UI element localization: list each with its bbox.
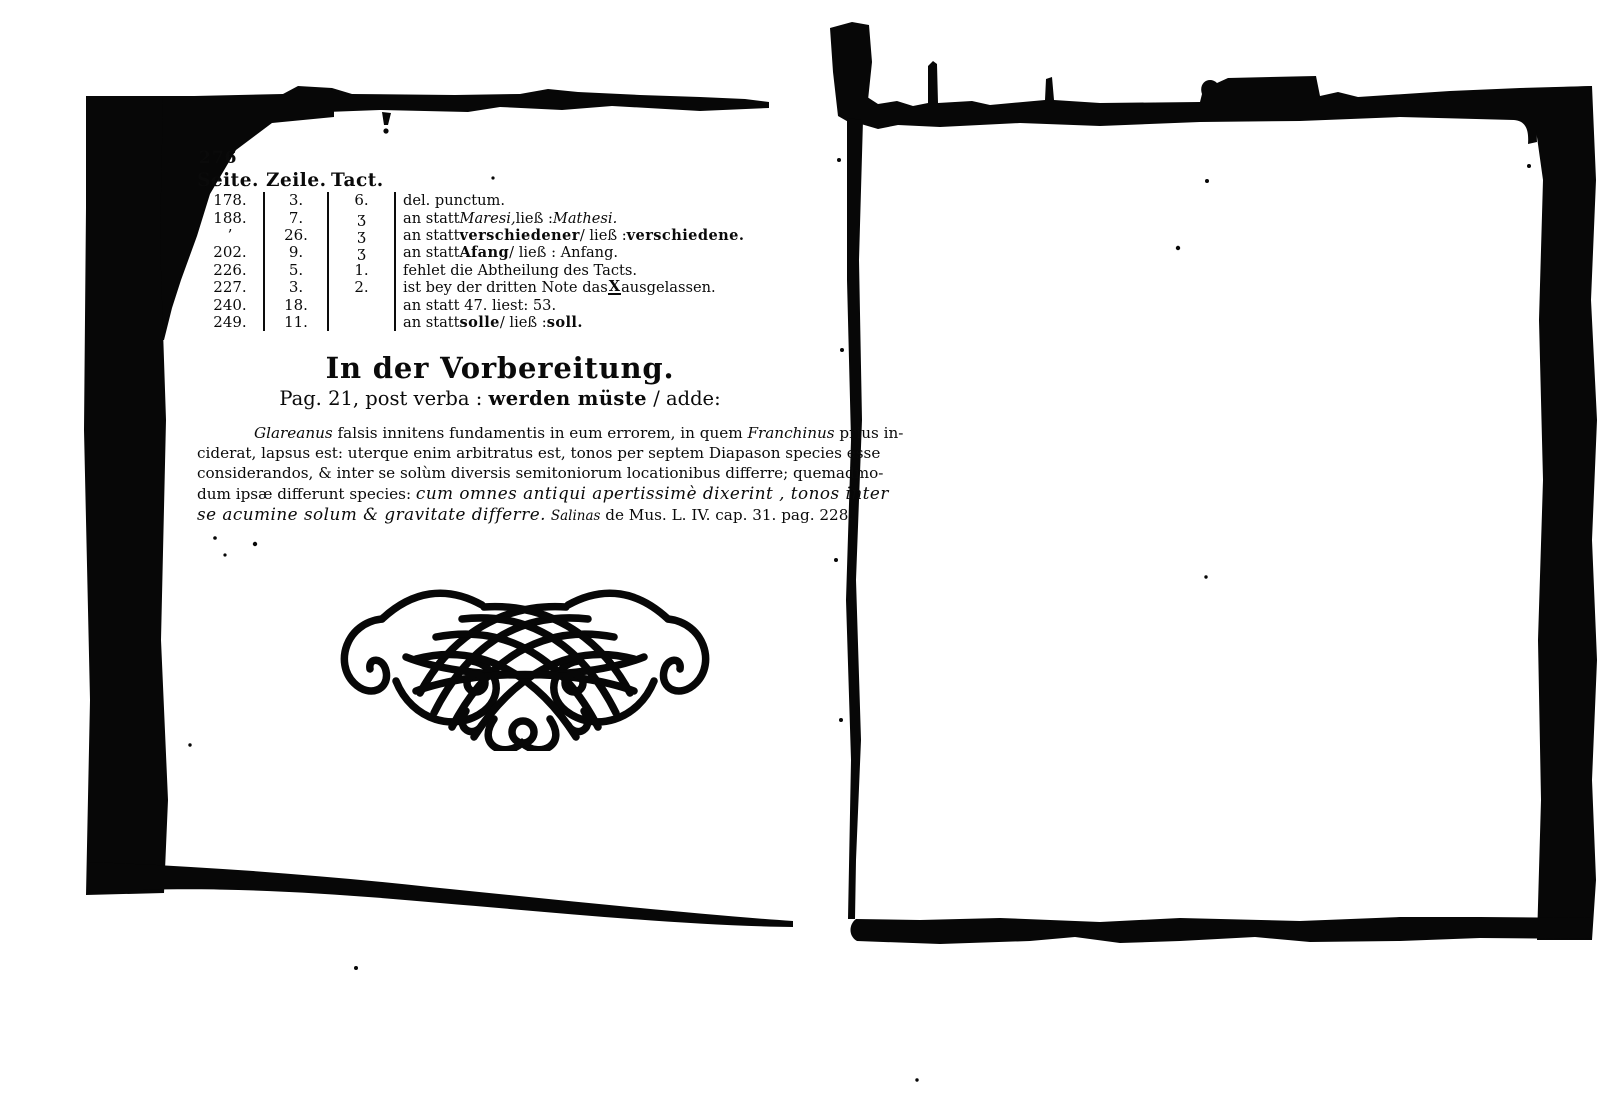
errata-row: 249. 11. an statt solle/ ließ : soll.	[197, 314, 796, 331]
errata-cell-correction: an statt solle/ ließ : soll.	[394, 314, 796, 331]
page-number: 276	[199, 148, 238, 168]
errata-cell-seite: 178.	[197, 192, 263, 209]
errata-cell-zeile: 5.	[263, 262, 327, 279]
errata-cell-seite: 227.	[197, 279, 263, 296]
errata-cell-zeile: 9.	[263, 244, 327, 261]
errata-row: 178. 3. 6. del. punctum.	[197, 192, 796, 209]
errata-cell-zeile: 3.	[263, 279, 327, 296]
errata-cell-seite: 188.	[197, 210, 263, 227]
right-page-blank	[870, 130, 1530, 910]
errata-header-zeile: Zeile.	[266, 170, 327, 191]
errata-header-seite: Seite.	[197, 170, 259, 191]
errata-row: 188. 7. ʒ an statt Maresi, ließ : Mathes…	[197, 209, 796, 226]
errata-cell-tact: ʒ	[327, 209, 394, 226]
errata-cell-seite: 249.	[197, 314, 263, 331]
errata-cell-tact: 1.	[327, 262, 394, 279]
paragraph-line: ciderat, lapsus est: uterque enim arbitr…	[197, 443, 801, 463]
errata-row: 227. 3. 2. ist bey der dritten Note das …	[197, 279, 796, 296]
errata-cell-zeile: 3.	[263, 192, 327, 209]
left-page-bottom-border	[88, 862, 793, 927]
errata-cell-correction: an statt Maresi, ließ : Mathesi.	[394, 209, 796, 226]
exclamation-speck	[382, 112, 391, 125]
errata-cell-tact: ʒ	[327, 227, 394, 244]
errata-cell-tact: 2.	[327, 279, 394, 296]
right-page-bottom-border	[851, 917, 1593, 944]
paragraph-line: Glareanus falsis innitens fundamentis in…	[197, 423, 801, 443]
errata-cell-correction: an statt verschiedener / ließ : verschie…	[394, 227, 796, 244]
section-heading: In der Vorbereitung.	[188, 351, 812, 385]
errata-cell-correction: ist bey der dritten Note das X ausgelass…	[394, 279, 796, 296]
errata-cell-seite: 202.	[197, 244, 263, 261]
errata-cell-tact	[327, 296, 394, 313]
paragraph-line: considerandos, & inter se solùm diversis…	[197, 463, 801, 483]
printer-flourish-ornament	[326, 561, 724, 751]
errata-table: 178. 3. 6. del. punctum. 188. 7. ʒ an st…	[197, 192, 796, 331]
errata-row: ’ 26. ʒ an statt verschiedener / ließ : …	[197, 227, 796, 244]
errata-cell-zeile: 18.	[263, 296, 327, 313]
errata-header-tact: Tact.	[331, 170, 384, 191]
errata-cell-zeile: 7.	[263, 209, 327, 226]
right-page-right-border	[1536, 86, 1597, 940]
latin-paragraph: Glareanus falsis innitens fundamentis in…	[197, 423, 801, 526]
errata-cell-seite: ’	[197, 227, 263, 244]
errata-row: 240. 18. an statt 47. liest: 53.	[197, 296, 796, 313]
errata-cell-correction: fehlet die Abtheilung des Tacts.	[394, 262, 796, 279]
errata-row: 226. 5. 1. fehlet die Abtheilung des Tac…	[197, 262, 796, 279]
errata-cell-tact: 6.	[327, 192, 394, 209]
errata-cell-tact	[327, 314, 394, 331]
section-subheading: Pag. 21, post verba : werden müste / add…	[188, 387, 812, 410]
errata-cell-seite: 240.	[197, 297, 263, 314]
left-page-left-border	[84, 97, 168, 895]
paragraph-line: dum ipsæ differunt species: cum omnes an…	[197, 483, 801, 504]
errata-cell-zeile: 26.	[263, 227, 327, 244]
errata-cell-correction: del. punctum.	[394, 192, 796, 209]
errata-cell-zeile: 11.	[263, 314, 327, 331]
errata-row: 202. 9. ʒ an statt Afang / ließ : Anfang…	[197, 244, 796, 261]
errata-cell-tact: ʒ	[327, 244, 394, 261]
errata-cell-correction: an statt Afang / ließ : Anfang.	[394, 244, 796, 261]
errata-cell-seite: 226.	[197, 262, 263, 279]
paragraph-line: se acumine solum & gravitate differre. S…	[197, 504, 801, 526]
book-scan: { "scan": { "ink_color": "#070707", "pap…	[0, 0, 1600, 1093]
errata-cell-correction: an statt 47. liest: 53.	[394, 296, 796, 313]
